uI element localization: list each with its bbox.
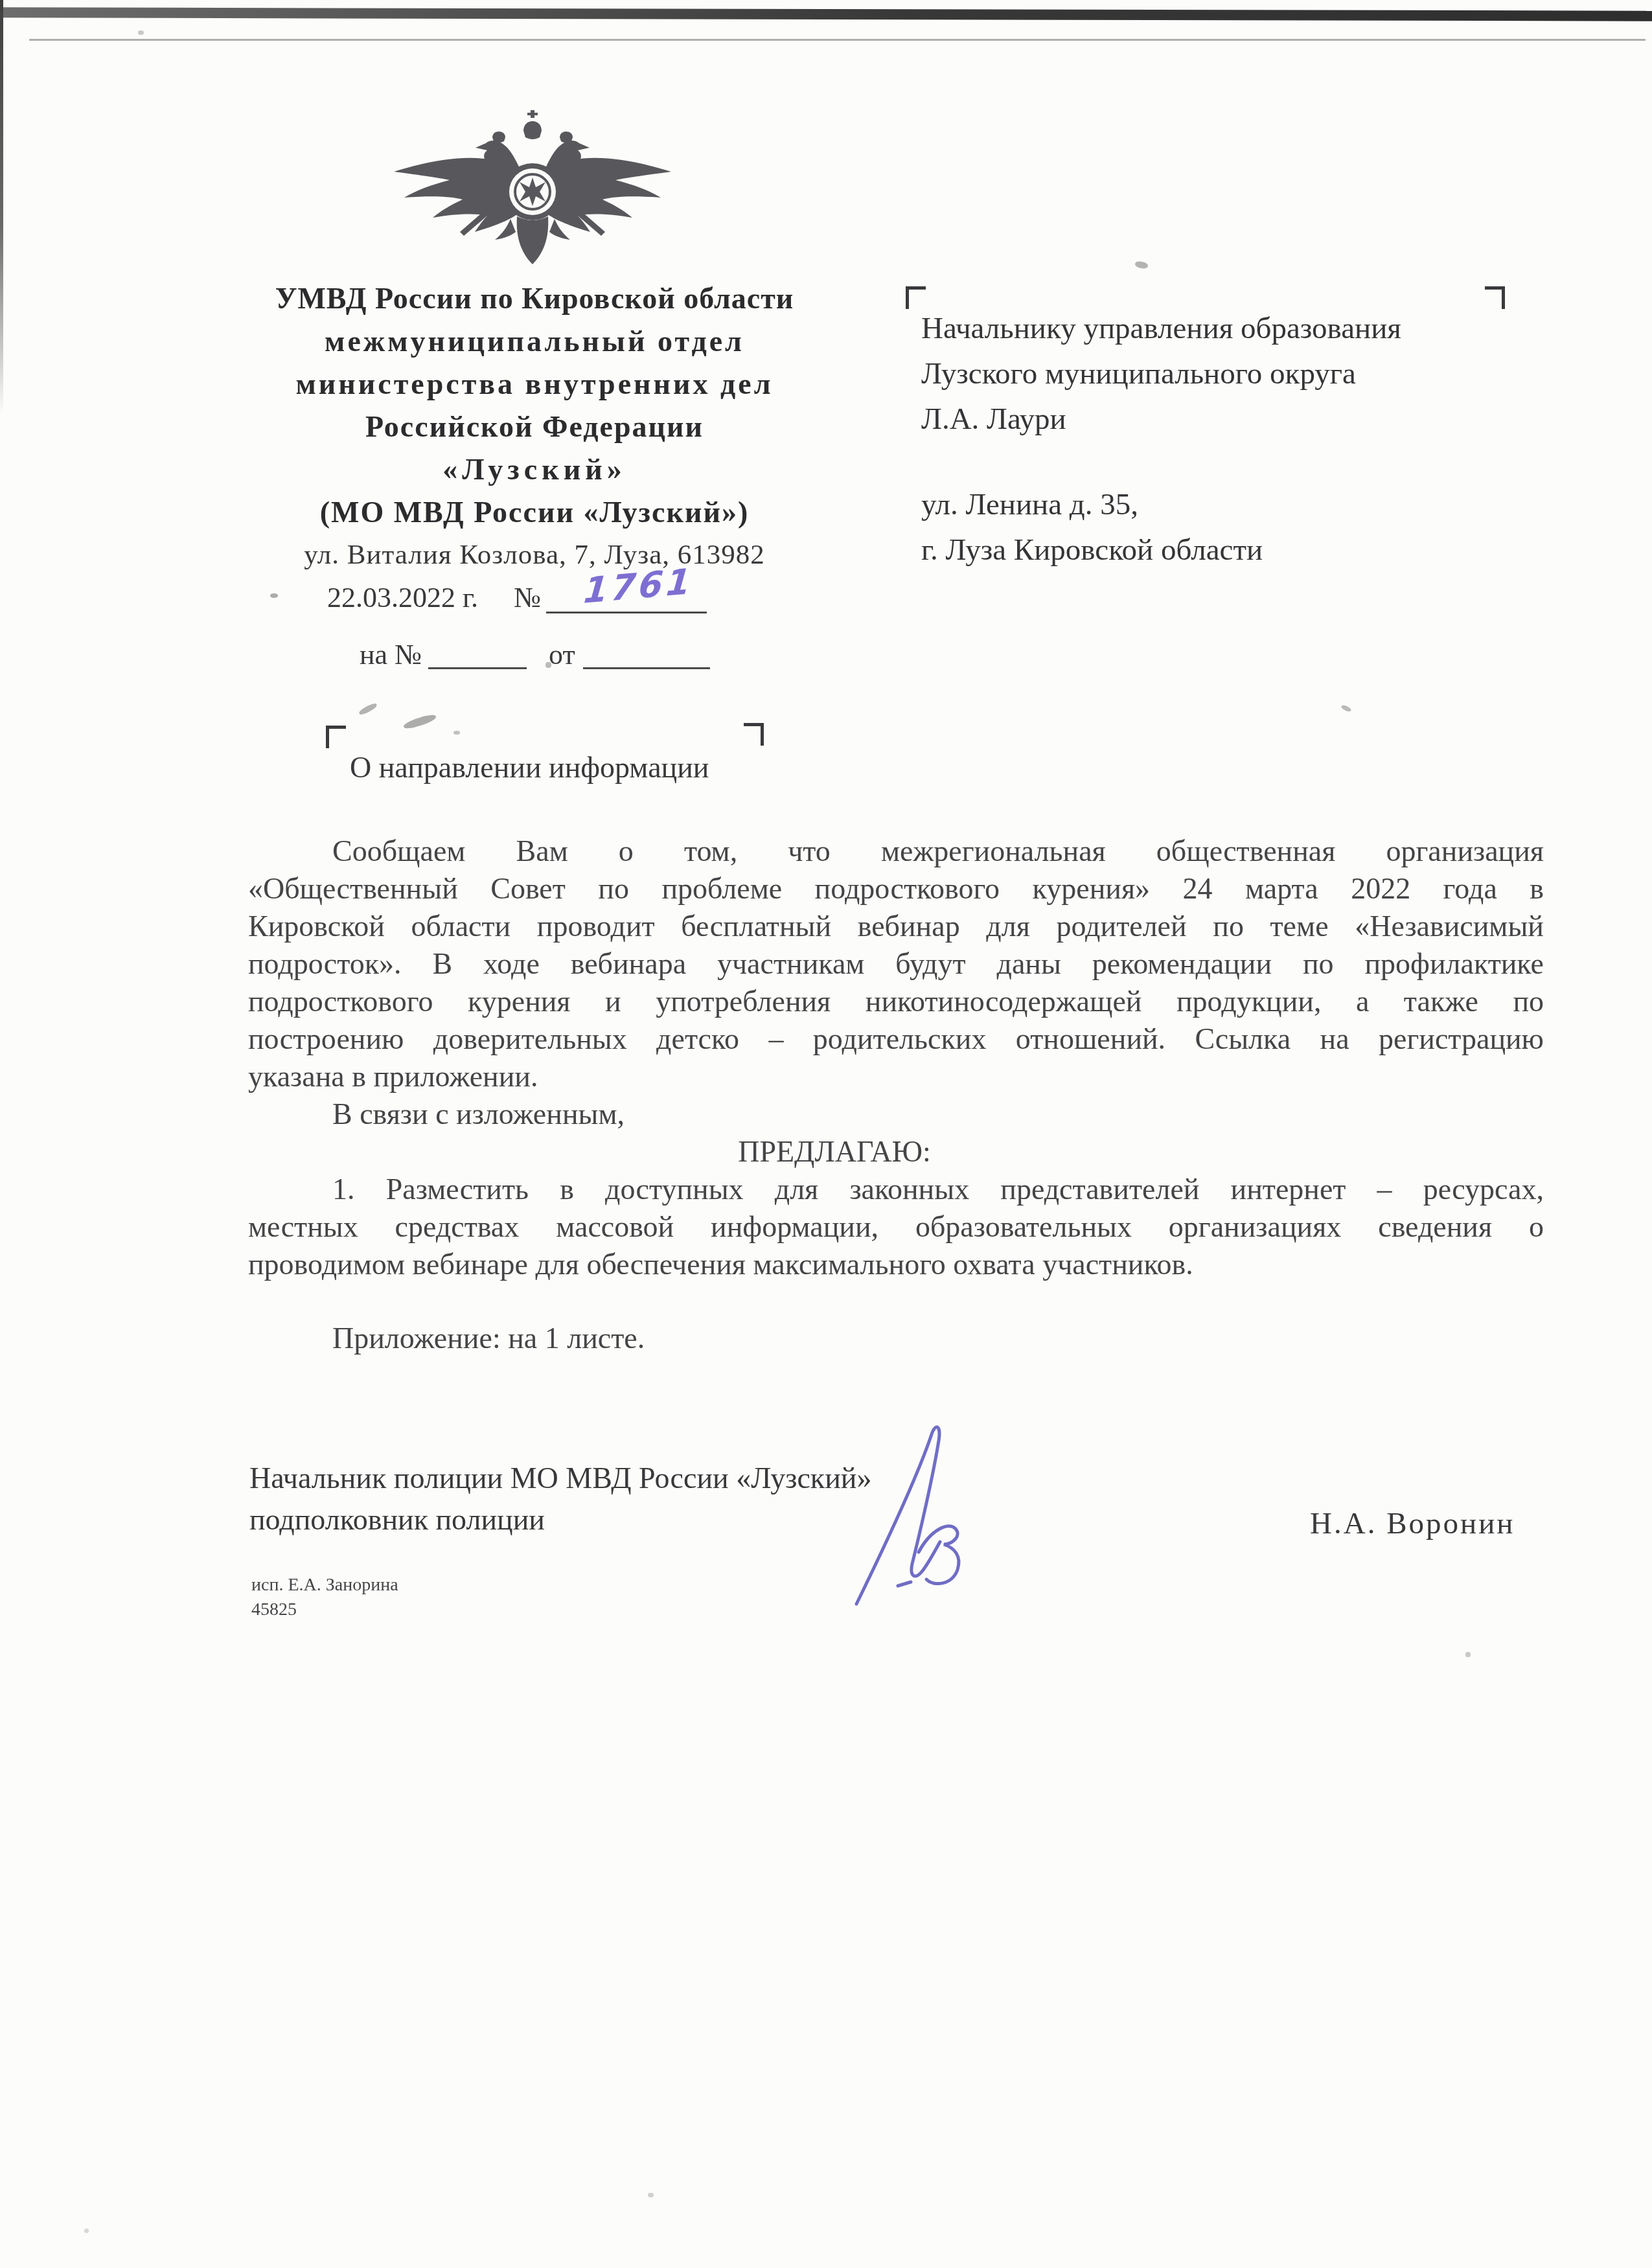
org-line: министерства внутренних дел [207,363,862,406]
scanned-letter-page: УМВД России по Кировской области межмуни… [0,0,1652,2268]
body-line: Сообщаем Вам о том, что межрегиональная … [248,832,1544,870]
scan-top-thin-line [29,39,1646,41]
number-label: № [514,582,541,613]
subject-corner-mark-right [744,723,764,746]
attachment-line: Приложение: на 1 листе. [248,1320,1544,1357]
date-number-row: 22.03.2022 г.№1761 [207,577,862,619]
mvd-emblem-icon [384,109,682,277]
recipient-line: Лузского муниципального округа [921,351,1524,396]
letter-date: 22.03.2022 г. [327,582,478,613]
reference-row: на №от [207,634,862,676]
signature-autograph [823,1419,1037,1613]
ref-date-blank [583,641,710,669]
executor-phone: 45825 [251,1598,398,1622]
body-line: указана в приложении. [248,1058,1544,1095]
subject-corner-mark-left [326,726,346,748]
scan-speck [1134,260,1148,269]
recipient-name: Л.А. Лаури [921,396,1524,442]
paragraph-1: Сообщаем Вам о том, что межрегиональная … [248,832,1544,1095]
body-line: «Общественный Совет по проблеме подростк… [248,870,1544,908]
body-line: местных средствах массовой информации, о… [248,1208,1544,1246]
scan-speck [648,2193,654,2197]
scan-speck [402,713,437,730]
org-line: «Лузский» [207,448,862,491]
recipient-address-line: ул. Ленина д. 35, [921,482,1524,527]
org-address: ул. Виталия Козлова, 7, Луза, 613982 [207,534,862,577]
outgoing-number-field: 1761 [546,579,707,613]
scan-speck [453,731,460,735]
executor-block: исп. Е.А. Занорина 45825 [251,1573,398,1622]
scan-top-edge-artifact [0,7,1652,21]
recipient-block: Начальнику управления образования Лузско… [921,306,1524,573]
letterhead-block: УМВД России по Кировской области межмуни… [207,277,862,676]
ref-from-label: от [549,639,575,670]
predlagayu-heading: ПРЕДЛАГАЮ: [248,1133,1421,1171]
body-line: подросток». В ходе вебинара участникам б… [248,945,1544,983]
body-line: построению доверительных детско – родите… [248,1020,1544,1058]
ref-number-blank [428,641,527,669]
signatory-name: Н.А. Воронин [1310,1506,1515,1541]
subject-line: О направлении информации [350,750,709,785]
scan-speck [138,30,144,35]
scan-speck [84,2228,89,2233]
signatory-rank-line: подполковник полиции [249,1499,897,1541]
signatory-position-line: Начальник полиции МО МВД России «Лузский… [249,1458,897,1499]
body-line: 1. Разместить в доступных для законных п… [248,1171,1544,1208]
body-line: Кировской области проводит бесплатный ве… [248,908,1544,945]
scan-speck [1465,1652,1471,1657]
item-1: 1. Разместить в доступных для законных п… [248,1171,1544,1283]
scan-speck [270,593,278,598]
ref-prefix: на № [360,639,422,670]
scan-left-edge-artifact [0,0,3,415]
org-line: (МО МВД России «Лузский») [207,491,862,534]
body-text: Сообщаем Вам о том, что межрегиональная … [248,832,1544,1357]
body-line: подросткового курения и употребления ник… [248,983,1544,1020]
handwritten-outgoing-number: 1761 [582,560,695,613]
org-line: Российской Федерации [207,406,862,448]
recipient-line: Начальнику управления образования [921,306,1524,351]
body-line: проводимом вебинаре для обеспечения макс… [248,1246,1544,1283]
executor-name: исп. Е.А. Занорина [251,1573,398,1598]
signatory-position-block: Начальник полиции МО МВД России «Лузский… [249,1458,897,1541]
scan-speck [358,702,378,716]
org-line: УМВД России по Кировской области [207,277,862,320]
org-line: межмуниципальный отдел [207,320,862,363]
recipient-address-line: г. Луза Кировской области [921,527,1524,573]
paragraph-2: В связи с изложенным, [248,1095,1544,1133]
scan-speck [1340,704,1351,713]
scan-speck [545,662,551,668]
